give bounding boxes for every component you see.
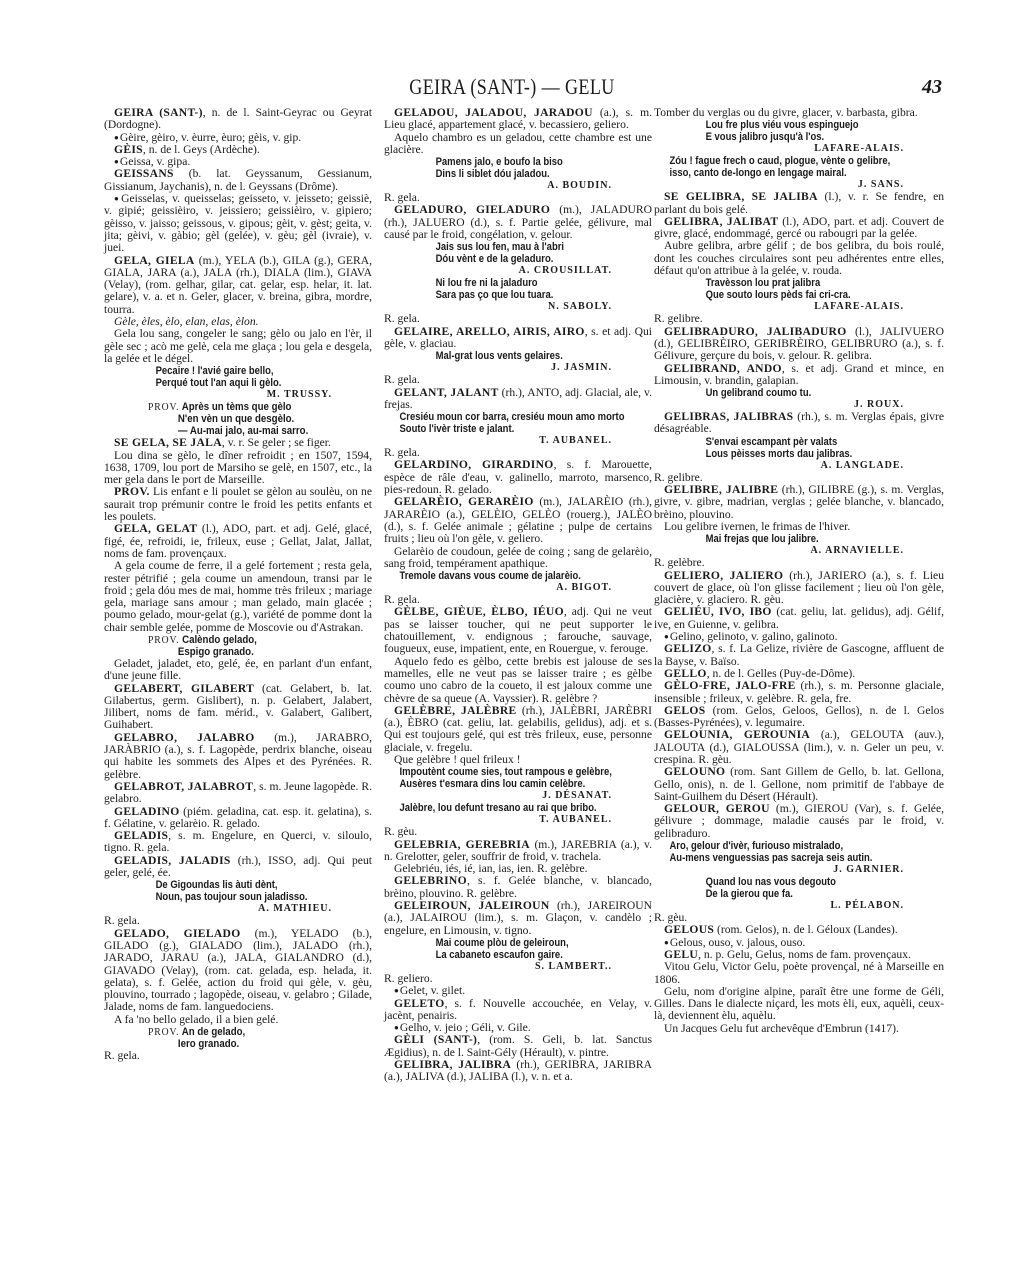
dictionary-entry: GELIBRADURO, JALIBADURO (l.), JALIVUERO …	[654, 326, 944, 363]
verse-line: Mai coume plòu de geleiroun,	[384, 937, 614, 949]
proverb-line: N'en vèn un que desgèlo.	[104, 413, 340, 425]
dictionary-entry: GELIBRAND, ANDO, s. et adj. Grand et min…	[654, 363, 944, 388]
dictionary-entry: GELOUR, GEROU (m.), GIEROU (Var), s. f. …	[654, 803, 944, 840]
dictionary-entry: GELIBRA, JALIBRA (rh.), GERIBRA, JARIBRA…	[384, 1059, 652, 1084]
entry-text: Gelet, v. gilet.	[400, 984, 465, 997]
verse-line: De la gierou que fa.	[654, 888, 903, 900]
proverb-line: — Au-mai jalo, au-mai sarro.	[104, 425, 340, 437]
cross-reference: Tomber du verglas ou du givre, glacer, v…	[654, 107, 944, 119]
entry-text: Aquelo chambro es un geladou, cette cham…	[384, 131, 652, 156]
entry-text: , v. r. Se geler ; se figer.	[222, 436, 331, 449]
entry-headword: GELAIRE, ARELLO, AIRIS, AIRO	[394, 325, 585, 338]
entry-headword: GELIÉU, IVO, IBO	[664, 605, 772, 618]
entry-text: Gelebriéu, iés, ié, ian, ias, ien. R. ge…	[394, 862, 587, 875]
quote-author: A. BIGOT.	[384, 582, 652, 594]
dictionary-entry: Gelu, nom d'origine alpine, paraît être …	[654, 986, 944, 1023]
verse-line: De Gigoundas lis àuti dènt,	[104, 879, 334, 891]
verse-line: S'envai escampant pèr valats	[654, 436, 903, 448]
entry-headword: GELOS	[664, 704, 705, 717]
entry-headword: GELADURO, GIELADURO	[394, 203, 550, 216]
entry-text: Aquelo fedo es gèlbo, cette brebis est j…	[384, 655, 652, 705]
entry-text: Lou dina se gèlo, le dîner refroidit ; e…	[104, 449, 372, 487]
proverb-text: N'en vèn un que desgèlo.	[178, 413, 294, 425]
entry-headword: GELADINO	[114, 805, 180, 818]
dictionary-entry: Aubre gelibra, arbre gélif ; de bos geli…	[654, 240, 944, 277]
entry-headword: PROV.	[114, 485, 150, 498]
entry-text: Gelous, ouso, v. jalous, ouso.	[670, 936, 805, 949]
running-title: GEIRA (SANT-) — GELU	[92, 74, 932, 100]
dictionary-entry: GELADOU, JALADOU, JARADOU (a.), s. m. Li…	[384, 107, 652, 132]
entry-text: Gelarèio de coudoun, gelée de coing ; sa…	[384, 545, 652, 570]
proverb-line: PROV. Calèndo gelado,	[104, 634, 340, 646]
entry-text: , n. de l. Geys (Ardèche).	[143, 143, 260, 156]
dictionary-entry: GELARDINO, GIRARDINO, s. f. Marouette, e…	[384, 459, 652, 496]
quote-author: T. AUBANEL.	[384, 814, 652, 826]
entry-headword: GÈLO-FRE, JALO-FRE	[664, 679, 796, 692]
proverb-text: Espigo granado.	[178, 646, 254, 658]
cross-reference: R. gela.	[104, 1050, 372, 1062]
entry-text: Geisselas, v. queisselas; geisseto, v. j…	[104, 192, 372, 254]
column-middle: GELADOU, JALADOU, JARADOU (a.), s. m. Li…	[384, 107, 652, 1084]
entry-headword: GELEBRINO	[394, 874, 467, 887]
verse-line: Aro, gelour d'ivèr, furiouso mistralado,	[654, 840, 903, 852]
dictionary-entry: SE GELIBRA, SE JALIBA (l.), v. r. Se fen…	[654, 191, 944, 216]
entry-headword: GELOUNIA, GEROUNIA	[664, 728, 810, 741]
verse-line: Au-mens venguessias pas sacreja seis aut…	[654, 852, 903, 864]
entry-text: Geladet, jaladet, eto, gelé, ée, en parl…	[104, 657, 372, 682]
proverb-line: Iero granado.	[104, 1038, 340, 1050]
dictionary-entry: GEIRA (SANT-), n. de l. Saint-Geyrac ou …	[104, 107, 372, 132]
entry-headword: GELEIROUN, JALEIROUN	[394, 899, 550, 912]
dictionary-entry: GELADIS, s. m. Engelure, en Querci, v. s…	[104, 830, 372, 855]
dictionary-entry: GÈLBE, GIÈUE, ÈLBO, IÉUO, adj. Qui ne ve…	[384, 606, 652, 655]
entry-text: Geissa, v. gipa.	[120, 155, 190, 168]
quote-author: L. PÉLABON.	[654, 900, 944, 912]
entry-text: Gelu, nom d'origine alpine, paraît être …	[654, 985, 944, 1023]
entry-text: Gelino, gelinoto, v. galino, galinoto.	[670, 630, 838, 643]
dictionary-entry: Lou dina se gèlo, le dîner refroidit ; e…	[104, 450, 372, 487]
entry-headword: SE GELIBRA, SE JALIBA	[664, 190, 818, 203]
entry-headword: GELIBRA, JALIBAT	[664, 215, 778, 228]
entry-headword: GELARDINO, GIRARDINO	[394, 458, 554, 471]
dictionary-entry: GELA, GELAT (l.), ADO, part. et adj. Gel…	[104, 523, 372, 560]
quote-author: J. JASMIN.	[384, 362, 652, 374]
dictionary-entry: A gela coume de ferre, il a gelé forteme…	[104, 560, 372, 634]
dictionary-entry: GELIBRE, JALIBRE (rh.), GILIBRE (g.), s.…	[654, 484, 944, 521]
dictionary-entry: GELABROT, JALABROT, s. m. Jeune lagopède…	[104, 781, 372, 806]
dictionary-entry: GELADINO (piém. geladina, cat. esp. it. …	[104, 806, 372, 831]
verse-line: Dins li siblet dóu jaladou.	[384, 168, 614, 180]
quote-author: T. AUBANEL.	[384, 435, 652, 447]
entry-text: Un Jacques Gelu fut archevêque d'Embrun …	[664, 1022, 899, 1035]
dictionary-entry: GELARÈIO, GERARÈIO (m.), JALARÈIO (rh.),…	[384, 496, 652, 545]
entry-headword: GELETO	[394, 997, 445, 1010]
verse-line: Impoutènt coume sies, tout rampous e gel…	[384, 766, 614, 778]
proverb-label: PROV.	[148, 401, 179, 413]
dictionary-entry: Gelarèio de coudoun, gelée de coing ; sa…	[384, 546, 652, 571]
entry-headword: GELOUR, GEROU	[664, 802, 770, 815]
verse-line: Ausères t'esmara dins lou camin celèbre.	[384, 778, 614, 790]
verse-line: Dóu vènt e de la geladuro.	[384, 253, 614, 265]
dictionary-entry: GELADO, GIELADO (m.), YELADO (b.), GILAD…	[104, 928, 372, 1014]
entry-headword: GELIBRE, JALIBRE	[664, 483, 778, 496]
dictionary-entry: Lou gelibre ivernen, le frimas de l'hive…	[654, 521, 944, 533]
proverb-line: PROV. Après un tèms que gèlo	[104, 401, 340, 413]
dictionary-entry: GÈLI (SANT-), (rom. S. Geli, b. lat. San…	[384, 1034, 652, 1059]
verse-line: Travèsson lou prat jalibra	[654, 277, 903, 289]
entry-headword: GELIBRADURO, JALIBADURO	[664, 325, 847, 338]
verse-line: Mal-grat lous vents gelaires.	[384, 350, 614, 362]
verse-line: E vous jalibro jusqu'à l'os.	[654, 131, 903, 143]
quote-author: A. MATHIEU.	[104, 903, 372, 915]
entry-text: Lou gelibre ivernen, le frimas de l'hive…	[664, 520, 850, 533]
entry-text: , n. p. Gelu, Gelus, noms de fam. proven…	[698, 948, 911, 961]
proverb-text: Iero granado.	[178, 1038, 239, 1050]
entry-headword: GELEBRIA, GEREBRIA	[394, 838, 530, 851]
entry-headword: GELLO	[664, 667, 707, 680]
dictionary-entry: GELIBRA, JALIBAT (l.), ADO, part. et adj…	[654, 216, 944, 241]
verse-line: Un gelibrand coumo tu.	[654, 387, 903, 399]
entry-headword: GELIBRA, JALIBRA	[394, 1058, 511, 1071]
entry-headword: GELOUS	[664, 923, 714, 936]
entry-text: Vitou Gelu, Victor Gelu, poète provençal…	[654, 960, 944, 985]
verse-line: Jais sus lou fen, mau à l'abri	[384, 241, 614, 253]
proverb-text: — Au-mai jalo, au-mai sarro.	[178, 425, 308, 437]
entry-headword: GELOUNO	[664, 765, 725, 778]
entry-headword: GEIRA (SANT-)	[114, 106, 203, 119]
dictionary-entry: GELEBRINO, s. f. Gelée blanche, v. blanc…	[384, 875, 652, 900]
dictionary-entry: Gela lou sang, congeler le sang; gèlo ou…	[104, 328, 372, 365]
entry-headword: GELÈBRE, JALÈBRE	[394, 704, 517, 717]
dictionary-entry: Que gelèbre ! quel frileux !	[384, 754, 652, 766]
proverb-label: PROV.	[148, 634, 179, 646]
entry-headword: GELABROT, JALABROT	[114, 780, 253, 793]
entry-headword: GELA, GELAT	[114, 522, 197, 535]
entry-headword: GELARÈIO, GERARÈIO	[394, 495, 534, 508]
dictionary-entry: Geisselas, v. queisselas; geisseto, v. j…	[104, 193, 372, 254]
entry-headword: GELU	[664, 948, 698, 961]
verse-line: Zóu ! fague frech o caud, plogue, vènte …	[654, 155, 903, 167]
entry-headword: GELADIS	[114, 829, 168, 842]
verse-line: La cabaneto escaufon gaire.	[384, 949, 614, 961]
entry-text: Gèire, gèiro, v. èurre, èuro; gèis, v. g…	[120, 131, 301, 144]
verse-line: Lou fre plus viéu vous espinguejo	[654, 119, 903, 131]
verse-line: Pamens jalo, e boufo la biso	[384, 156, 614, 168]
quote-author: J. DÉSANAT.	[384, 790, 652, 802]
entry-text: Que gelèbre ! quel frileux !	[394, 753, 521, 766]
quote-author: A. LANGLADE.	[654, 460, 944, 472]
dictionary-entry: GEISSANS (b. lat. Geyssanum, Gessianum, …	[104, 168, 372, 193]
dictionary-entry: A fa 'no bello gelado, il a bien gelé.	[104, 1014, 372, 1026]
entry-headword: GÈLI (SANT-)	[394, 1033, 477, 1046]
dictionary-entry: GELOUNIA, GEROUNIA (a.), GELOUTA (auv.),…	[654, 729, 944, 766]
verse-line: Sara pas ço que lou tuara.	[384, 289, 614, 301]
proverb-text: Calèndo gelado,	[182, 634, 257, 646]
entry-text: A fa 'no bello gelado, il a bien gelé.	[114, 1013, 278, 1026]
dictionary-entry: Geladet, jaladet, eto, gelé, ée, en parl…	[104, 658, 372, 683]
quote-author: A. BOUDIN.	[384, 180, 652, 192]
dictionary-entry: GELIBRAS, JALIBRAS (rh.), s. m. Verglas …	[654, 411, 944, 436]
dictionary-entry: Un Jacques Gelu fut archevêque d'Embrun …	[654, 1023, 944, 1035]
dictionary-entry: GELA, GIELA (m.), YELA (b.), GILA (g.), …	[104, 255, 372, 316]
entry-text: Aubre gelibra, arbre gélif ; de bos geli…	[654, 239, 944, 277]
entry-text: , n. de l. Gelles (Puy-de-Dôme).	[707, 667, 855, 680]
proverb-text: Après un tèms que gèlo	[182, 401, 292, 413]
verse-line: Noun, pas toujour soun jaladisso.	[104, 891, 334, 903]
entry-text: Gela lou sang, congeler le sang; gèlo ou…	[104, 327, 372, 365]
proverb-label: PROV.	[148, 1026, 179, 1038]
verse-line: Ni lou fre ni la jaladuro	[384, 277, 614, 289]
dictionary-entry: GELANT, JALANT (rh.), ANTO, adj. Glacial…	[384, 387, 652, 412]
entry-text: Gèle, èles, èlo, elan, elas, èlon.	[114, 315, 259, 328]
entry-headword: GÈIS	[114, 143, 143, 156]
verse-line: isso, canto de-longo en lengage mairal.	[654, 167, 903, 179]
dictionary-entry: Aquelo chambro es un geladou, cette cham…	[384, 132, 652, 157]
entry-text: A gela coume de ferre, il a gelé forteme…	[104, 559, 372, 633]
dictionary-entry: GELOS (rom. Gelos, Geloos, Gellos), n. d…	[654, 705, 944, 730]
entry-headword: GELADOU, JALADOU, JARADOU	[394, 106, 593, 119]
quote-author: LAFARE-ALAIS.	[654, 143, 944, 155]
entry-headword: GELA, GIELA	[114, 254, 195, 267]
dictionary-entry: GELADURO, GIELADURO (m.), JALADURO (rh.)…	[384, 204, 652, 241]
verse-line: Mai frejas que lou jalibre.	[654, 533, 903, 545]
dictionary-entry: GELOUNO (rom. Sant Gillem de Gello, b. l…	[654, 766, 944, 803]
entry-headword: SE GELA, SE JALA	[114, 436, 222, 449]
verse-line: Tremole davans vous coume de jalarèio.	[384, 570, 614, 582]
dictionary-entry: PROV. Lis enfant e li poulet se gèlon au…	[104, 486, 372, 523]
quote-author: M. TRUSSY.	[104, 389, 372, 401]
dictionary-entry: GELEBRIA, GEREBRIA (m.), JAREBRIA (a.), …	[384, 839, 652, 864]
entry-headword: GELANT, JALANT	[394, 386, 499, 399]
dictionary-entry: GÈLO-FRE, JALO-FRE (rh.), s. m. Personne…	[654, 680, 944, 705]
verse-line: Que souto lours pèds fai cri-cra.	[654, 289, 903, 301]
entry-headword: GELABERT, GILABERT	[114, 682, 254, 695]
dictionary-entry: GELIÉU, IVO, IBO (cat. geliu, lat. gelid…	[654, 606, 944, 631]
entry-headword: GELABRO, JALABRO	[114, 731, 255, 744]
verse-line: Lous pèisses morts dau jalibras.	[654, 448, 903, 460]
entry-headword: GELIBRAS, JALIBRAS	[664, 410, 793, 423]
entry-headword: GELIERO, JALIERO	[664, 569, 783, 582]
proverb-line: Espigo granado.	[104, 646, 340, 658]
quote-author: A. CROUSILLAT.	[384, 265, 652, 277]
entry-headword: GELADIS, JALADIS	[114, 854, 231, 867]
entry-text: (m.), YELADO (b.), GILADO (g.), GIALADO …	[104, 927, 372, 1014]
verse-line: Cresiéu moun cor barra, cresiéu moun amo…	[384, 411, 614, 423]
dictionary-entry: GELEIROUN, JALEIROUN (rh.), JAREIROUN (a…	[384, 900, 652, 937]
column-right: Tomber du verglas ou du givre, glacer, v…	[654, 107, 944, 1035]
entry-text: (rom. Gelos), n. de l. Géloux (Landes).	[714, 923, 898, 936]
dictionary-entry: GELIERO, JALIERO (rh.), JARIERO (a.), s.…	[654, 570, 944, 607]
verse-line: Souto l'ivèr triste e jalant.	[384, 423, 614, 435]
verse-line: Jalèbre, lou defunt tresano au rai que b…	[384, 802, 614, 814]
quote-author: N. SABOLY.	[384, 301, 652, 313]
dictionary-entry: GELABRO, JALABRO (m.), JARABRO, JARÀBRIO…	[104, 732, 372, 781]
entry-headword: GEISSANS	[114, 167, 174, 180]
dictionary-entry: GELIZO, s. f. La Gelize, rivière de Gasc…	[654, 643, 944, 668]
dictionary-entry: GELABERT, GILABERT (cat. Gelabert, b. la…	[104, 683, 372, 732]
page-header: GEIRA (SANT-) — GELU 43	[0, 74, 1024, 104]
entry-headword: GELADO, GIELADO	[114, 927, 241, 940]
dictionary-entry: Aquelo fedo es gèlbo, cette brebis est j…	[384, 656, 652, 705]
verse-line: Pecaire ! l'avié gaire bello,	[104, 365, 334, 377]
proverb-text: An de gelado,	[182, 1026, 245, 1038]
entry-headword: GELIBRAND, ANDO	[664, 362, 782, 375]
dictionary-entry: GELETO, s. f. Nouvelle accouchée, en Vel…	[384, 998, 652, 1023]
page-number: 43	[922, 76, 942, 99]
dictionary-entry: GELAIRE, ARELLO, AIRIS, AIRO, s. et adj.…	[384, 326, 652, 351]
quote-author: J. GARNIER.	[654, 864, 944, 876]
verse-line: Perqué tout l'an aqui li gèlo.	[104, 377, 334, 389]
entry-headword: GÈLBE, GIÈUE, ÈLBO, IÉUO	[394, 605, 564, 618]
dictionary-entry: GELÈBRE, JALÈBRE (rh.), JALÈBRI, JARÈBRI…	[384, 705, 652, 754]
proverb-line: PROV. An de gelado,	[104, 1026, 340, 1038]
entry-headword: GELIZO	[664, 642, 712, 655]
dictionary-entry: GELADIS, JALADIS (rh.), ISSO, adj. Qui p…	[104, 855, 372, 880]
dictionary-entry: Vitou Gelu, Victor Gelu, poète provençal…	[654, 961, 944, 986]
verse-line: Quand lou nas vous degouto	[654, 876, 903, 888]
column-left: GEIRA (SANT-), n. de l. Saint-Geyrac ou …	[104, 107, 372, 1062]
